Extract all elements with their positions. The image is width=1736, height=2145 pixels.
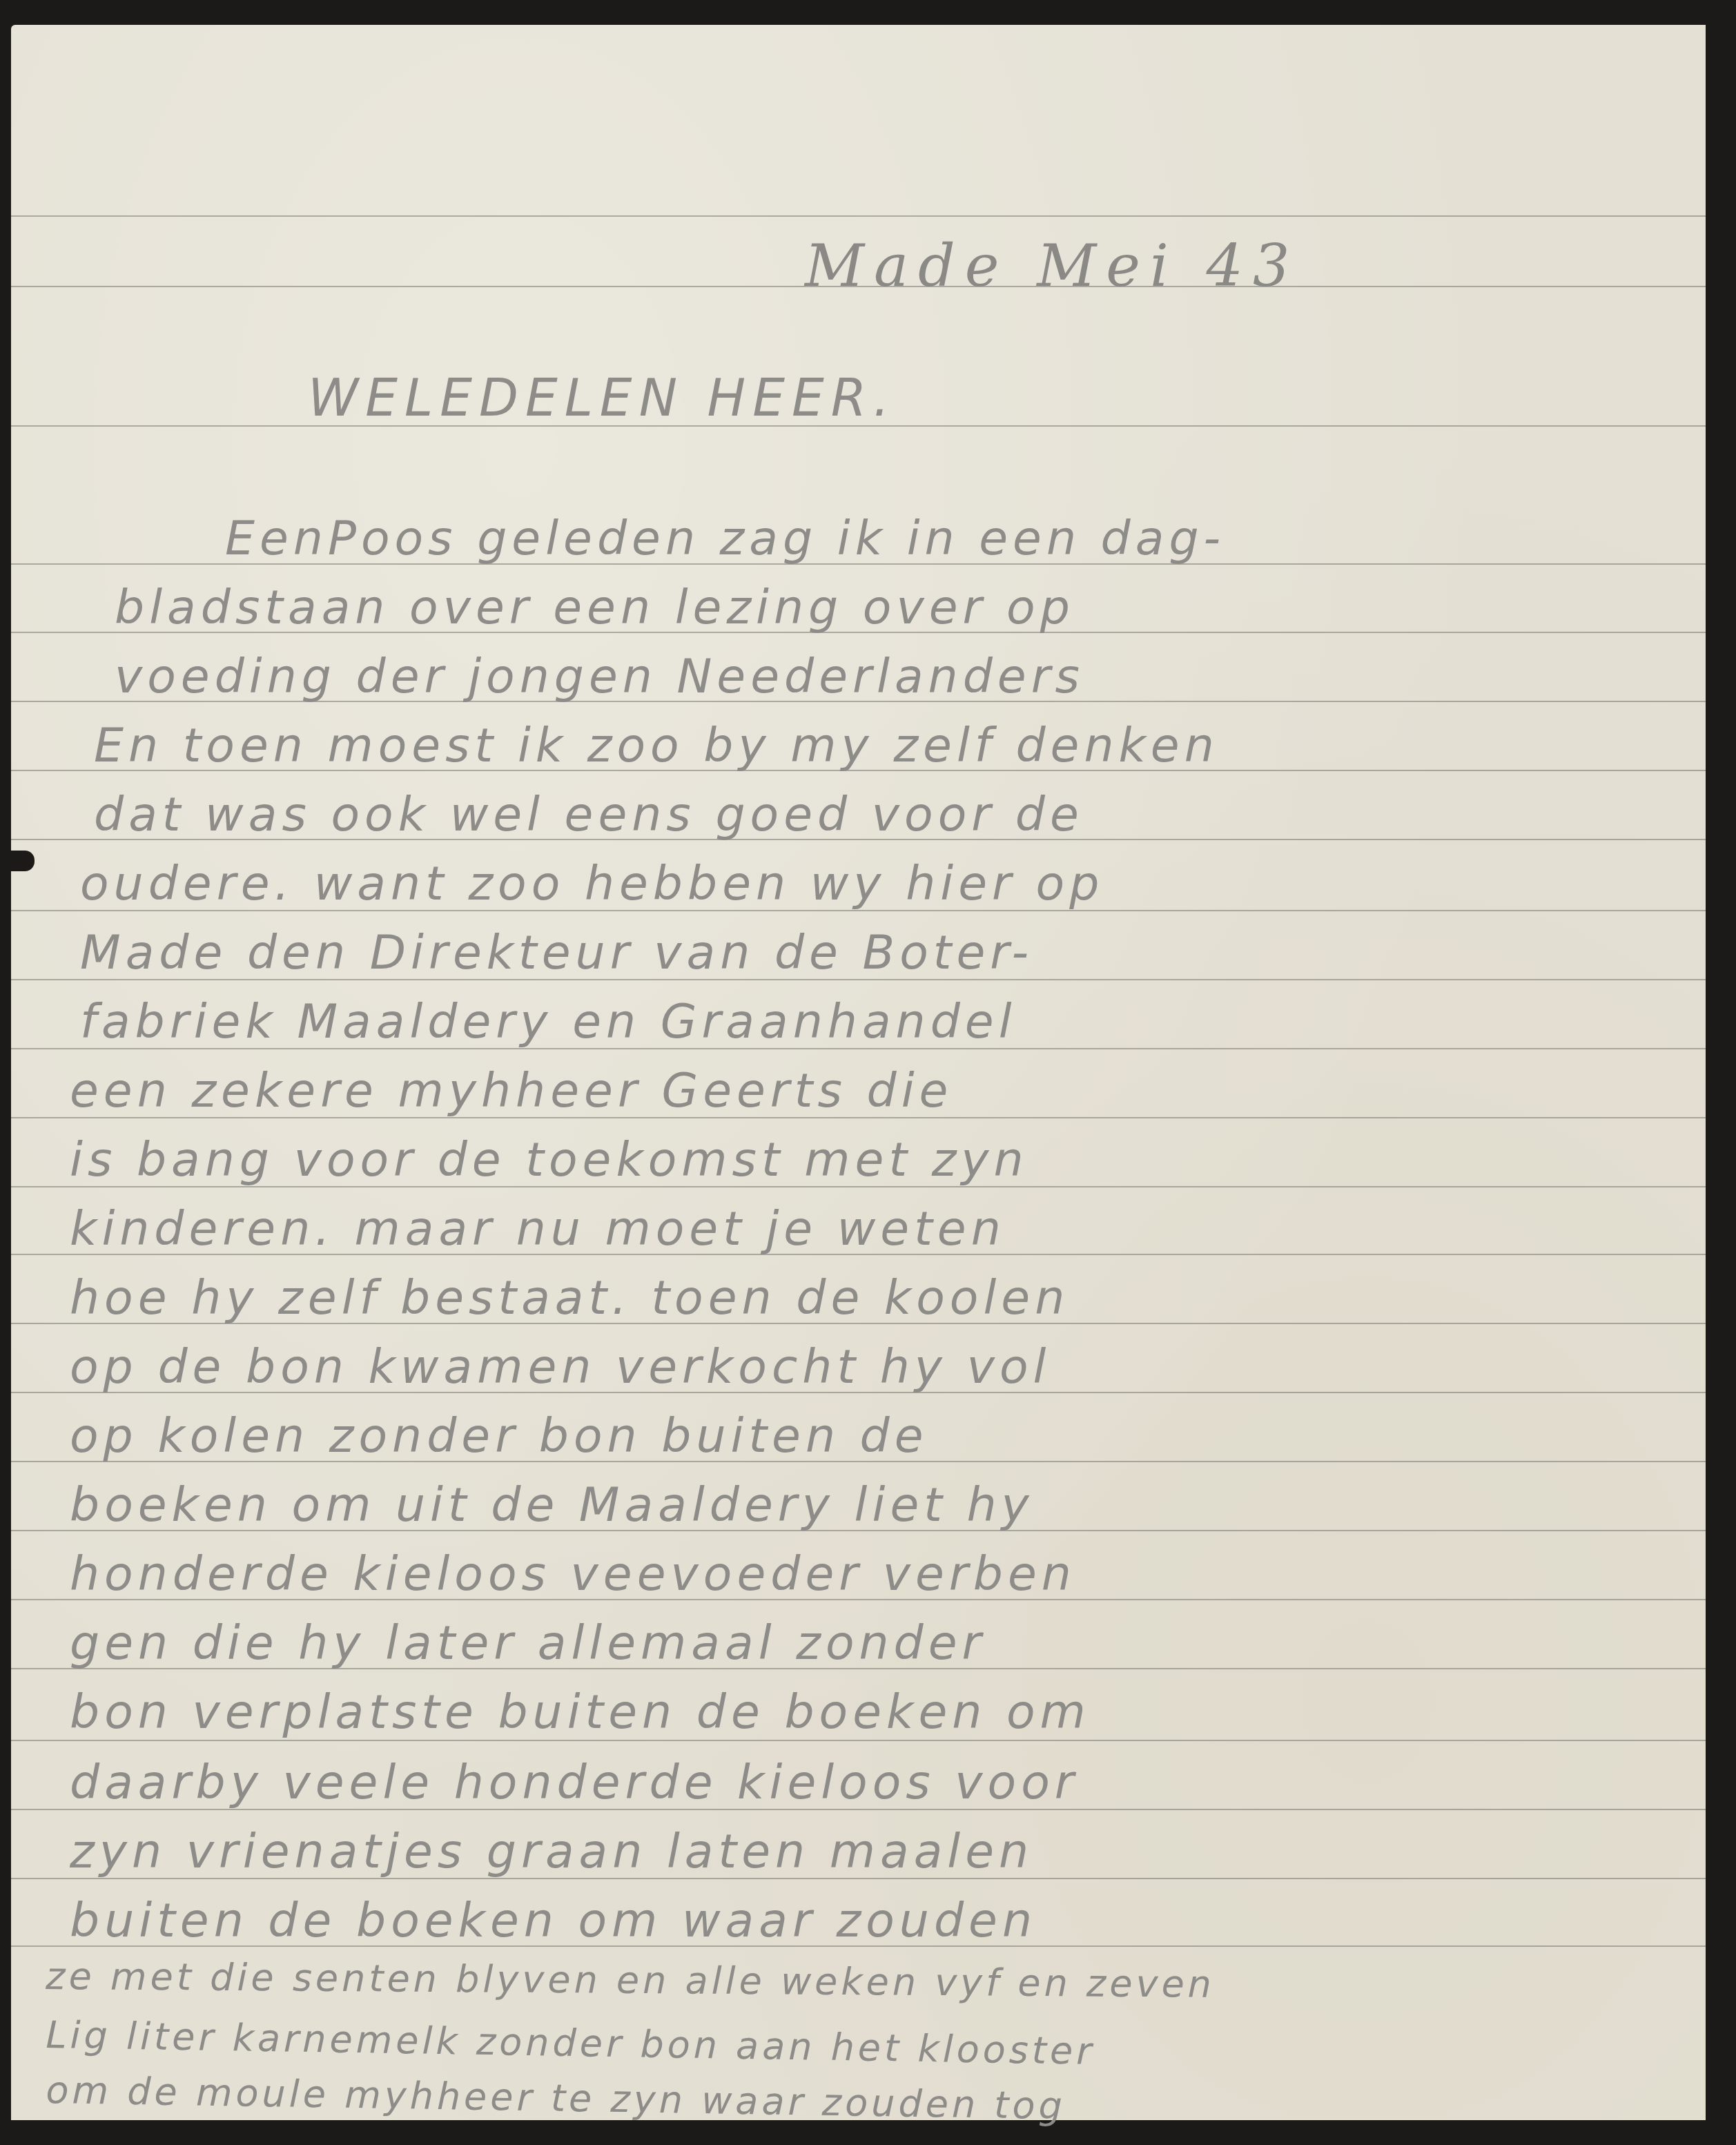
salutation: WELEDELEN HEER. bbox=[308, 369, 897, 428]
body-line: En toen moest ik zoo by my zelf denken bbox=[94, 719, 1219, 773]
body-line: daarby veele honderde kieloos voor bbox=[70, 1756, 1079, 1810]
body-line: is bang voor de toekomst met zyn bbox=[70, 1133, 1028, 1187]
date-line: Made Mei 43 bbox=[805, 232, 1299, 300]
body-line: boeken om uit de Maaldery liet hy bbox=[70, 1478, 1034, 1533]
footer-line: om de moule myhheer te zyn waar zouden t… bbox=[46, 2068, 1066, 2128]
body-line: dat was ook wel eens goed voor de bbox=[94, 788, 1084, 842]
footer-line: ze met die senten blyven en alle weken v… bbox=[46, 1954, 1215, 2006]
body-line: op de bon kwamen verkocht hy vol bbox=[70, 1340, 1051, 1395]
body-line: hoe hy zelf bestaat. toen de koolen bbox=[70, 1271, 1069, 1326]
body-line: gen die hy later allemaal zonder bbox=[70, 1616, 986, 1671]
footer-line: Lig liter karnemelk zonder bon aan het k… bbox=[46, 2013, 1095, 2073]
ruled-line bbox=[11, 215, 1706, 217]
body-line: kinderen. maar nu moet je weten bbox=[70, 1202, 1006, 1256]
body-line: fabriek Maaldery en Graanhandel bbox=[80, 995, 1017, 1049]
body-line: EenPoos geleden zag ik in een dag- bbox=[225, 512, 1225, 566]
body-line: op kolen zonder bon buiten de bbox=[70, 1409, 928, 1464]
body-line: voeding der jongen Neederlanders bbox=[115, 650, 1084, 704]
punch-hole-tear bbox=[11, 851, 35, 871]
body-line: bladstaan over een lezing over op bbox=[115, 581, 1075, 635]
body-line: een zekere myhheer Geerts die bbox=[70, 1064, 953, 1118]
body-line: honderde kieloos veevoeder verben bbox=[70, 1547, 1076, 1602]
ruled-line bbox=[11, 1740, 1706, 1741]
body-line: bon verplatste buiten de boeken om bbox=[70, 1685, 1091, 1740]
body-line: Made den Direkteur van de Boter- bbox=[80, 926, 1033, 980]
body-line: buiten de boeken om waar zouden bbox=[70, 1894, 1037, 1948]
body-line: zyn vrienatjes graan laten maalen bbox=[70, 1825, 1033, 1879]
letter-paper: Made Mei 43 WELEDELEN HEER. EenPoos gele… bbox=[11, 25, 1706, 2120]
body-line: oudere. want zoo hebben wy hier op bbox=[80, 857, 1104, 911]
